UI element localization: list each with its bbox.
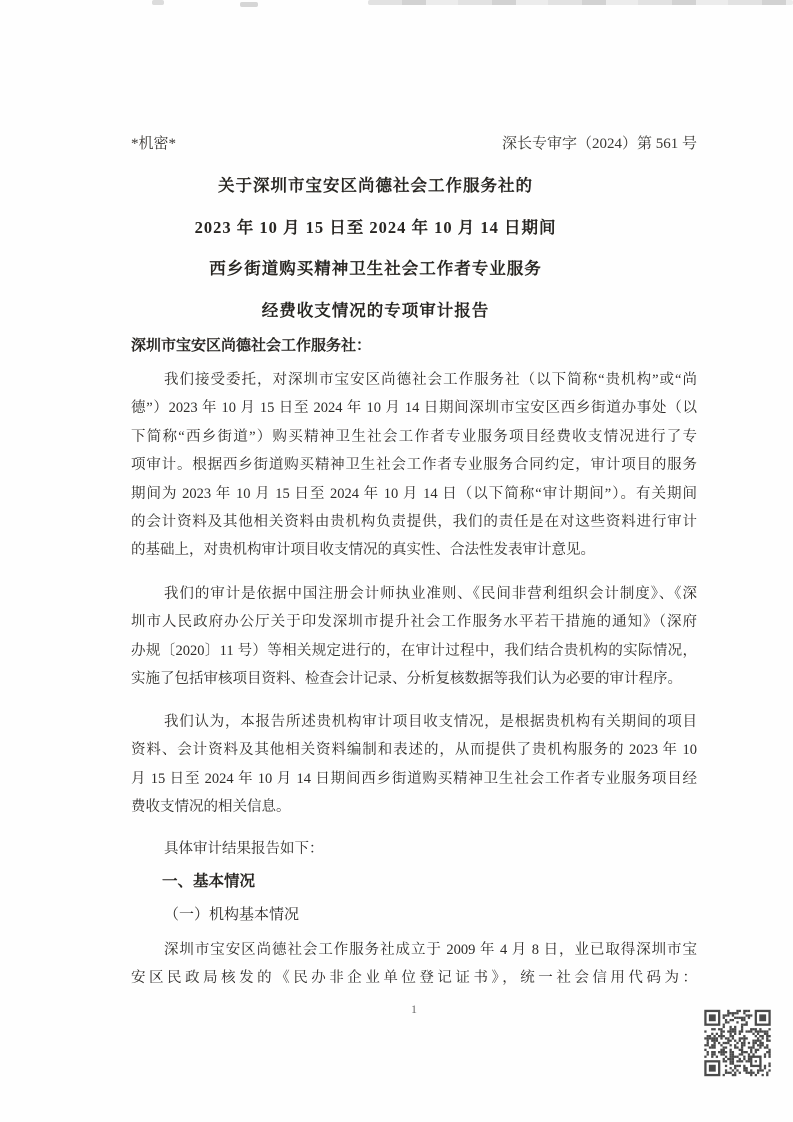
paragraph-org-basic-info: 深圳市宝安区尚德社会工作服务社成立于 2009 年 4 月 8 日，业已取得深圳… (131, 936, 697, 993)
paragraph-line: 我们的审计是依据中国注册会计师执业准则、《民间非营利组织会计制度》、《深 (131, 580, 697, 608)
paragraph-audit-opinion: 我们认为，本报告所述贵机构审计项目收支情况，是根据贵机构有关期间的项目资料、会计… (131, 708, 697, 822)
section-heading: 一、基本情况 (131, 869, 697, 895)
paragraph-line: 项审计。根据西乡街道购买精神卫生社会工作者专业服务合同约定，审计项目的服务 (131, 451, 697, 479)
document-number: 深长专审字（2024）第 561 号 (502, 133, 697, 155)
paragraph-line: 资料、会计资料及其他相关资料编制和表述的，从而提供了贵机构服务的 2023 年 … (131, 736, 697, 764)
paragraph-line: 深圳市宝安区尚德社会工作服务社成立于 2009 年 4 月 8 日，业已取得深圳… (131, 936, 697, 964)
title-line-2: 2023 年 10 月 15 日至 2024 年 10 月 14 日期间 (92, 207, 659, 249)
paragraph-line: 的会计资料及其他相关资料由贵机构负责提供，我们的责任是在对这些资料进行审计 (131, 508, 697, 536)
paragraph-line: 下简称“西乡街道”）购买精神卫生社会工作者专业服务项目经费收支情况进行了专 (131, 423, 697, 451)
paragraph-line: 月 15 日至 2024 年 10 月 14 日期间西乡街道购买精神卫生社会工作… (131, 765, 697, 793)
paragraph-line: 圳市人民政府办公厅关于印发深圳市提升社会工作服务水平若干措施的通知》（深府 (131, 608, 697, 636)
paragraph-line: 费收支情况的相关信息。 (131, 793, 697, 821)
title-line-4: 经费收支情况的专项审计报告 (92, 290, 659, 332)
title-line-1: 关于深圳市宝安区尚德社会工作服务社的 (92, 165, 659, 207)
paragraph-line: 期间为 2023 年 10 月 15 日至 2024 年 10 月 14 日（以… (131, 480, 697, 508)
paragraph-line: 办规〔2020〕11 号）等相关规定进行的，在审计过程中，我们结合贵机构的实际情… (131, 637, 697, 665)
closing-line: 具体审计结果报告如下： (131, 836, 697, 862)
paragraph-line: 安区民政局核发的《民办非企业单位登记证书》，统一社会信用代码为： (131, 964, 697, 992)
salutation: 深圳市宝安区尚德社会工作服务社： (131, 334, 697, 358)
document-title: 关于深圳市宝安区尚德社会工作服务社的 2023 年 10 月 15 日至 202… (92, 165, 659, 331)
scan-artifact (368, 0, 793, 5)
page-number: 1 (131, 1002, 697, 1017)
subsection-heading: （一）机构基本情况 (131, 902, 697, 928)
document-header: *机密* 深长专审字（2024）第 561 号 (131, 133, 697, 155)
paragraph-line: 的基础上，对贵机构审计项目收支情况的真实性、合法性发表审计意见。 (131, 536, 697, 564)
classification-label: *机密* (131, 133, 176, 155)
paragraph-audit-basis: 我们的审计是依据中国注册会计师执业准则、《民间非营利组织会计制度》、《深圳市人民… (131, 580, 697, 694)
scan-artifact (152, 0, 164, 5)
paragraph-line: 我们认为，本报告所述贵机构审计项目收支情况，是根据贵机构有关期间的项目 (131, 708, 697, 736)
paragraph-engagement-intro: 我们接受委托，对深圳市宝安区尚德社会工作服务社（以下简称“贵机构”或“尚德”）2… (131, 366, 697, 565)
qr-code (702, 1006, 773, 1080)
title-line-3: 西乡街道购买精神卫生社会工作者专业服务 (92, 248, 659, 290)
scan-artifact (240, 2, 258, 7)
paragraph-line: 实施了包括审核项目资料、检查会计记录、分析复核数据等我们认为必要的审计程序。 (131, 665, 697, 693)
paragraph-line: 我们接受委托，对深圳市宝安区尚德社会工作服务社（以下简称“贵机构”或“尚 (131, 366, 697, 394)
document-page: *机密* 深长专审字（2024）第 561 号 关于深圳市宝安区尚德社会工作服务… (0, 0, 793, 1122)
paragraph-line: 德”）2023 年 10 月 15 日至 2024 年 10 月 14 日期间深… (131, 394, 697, 422)
